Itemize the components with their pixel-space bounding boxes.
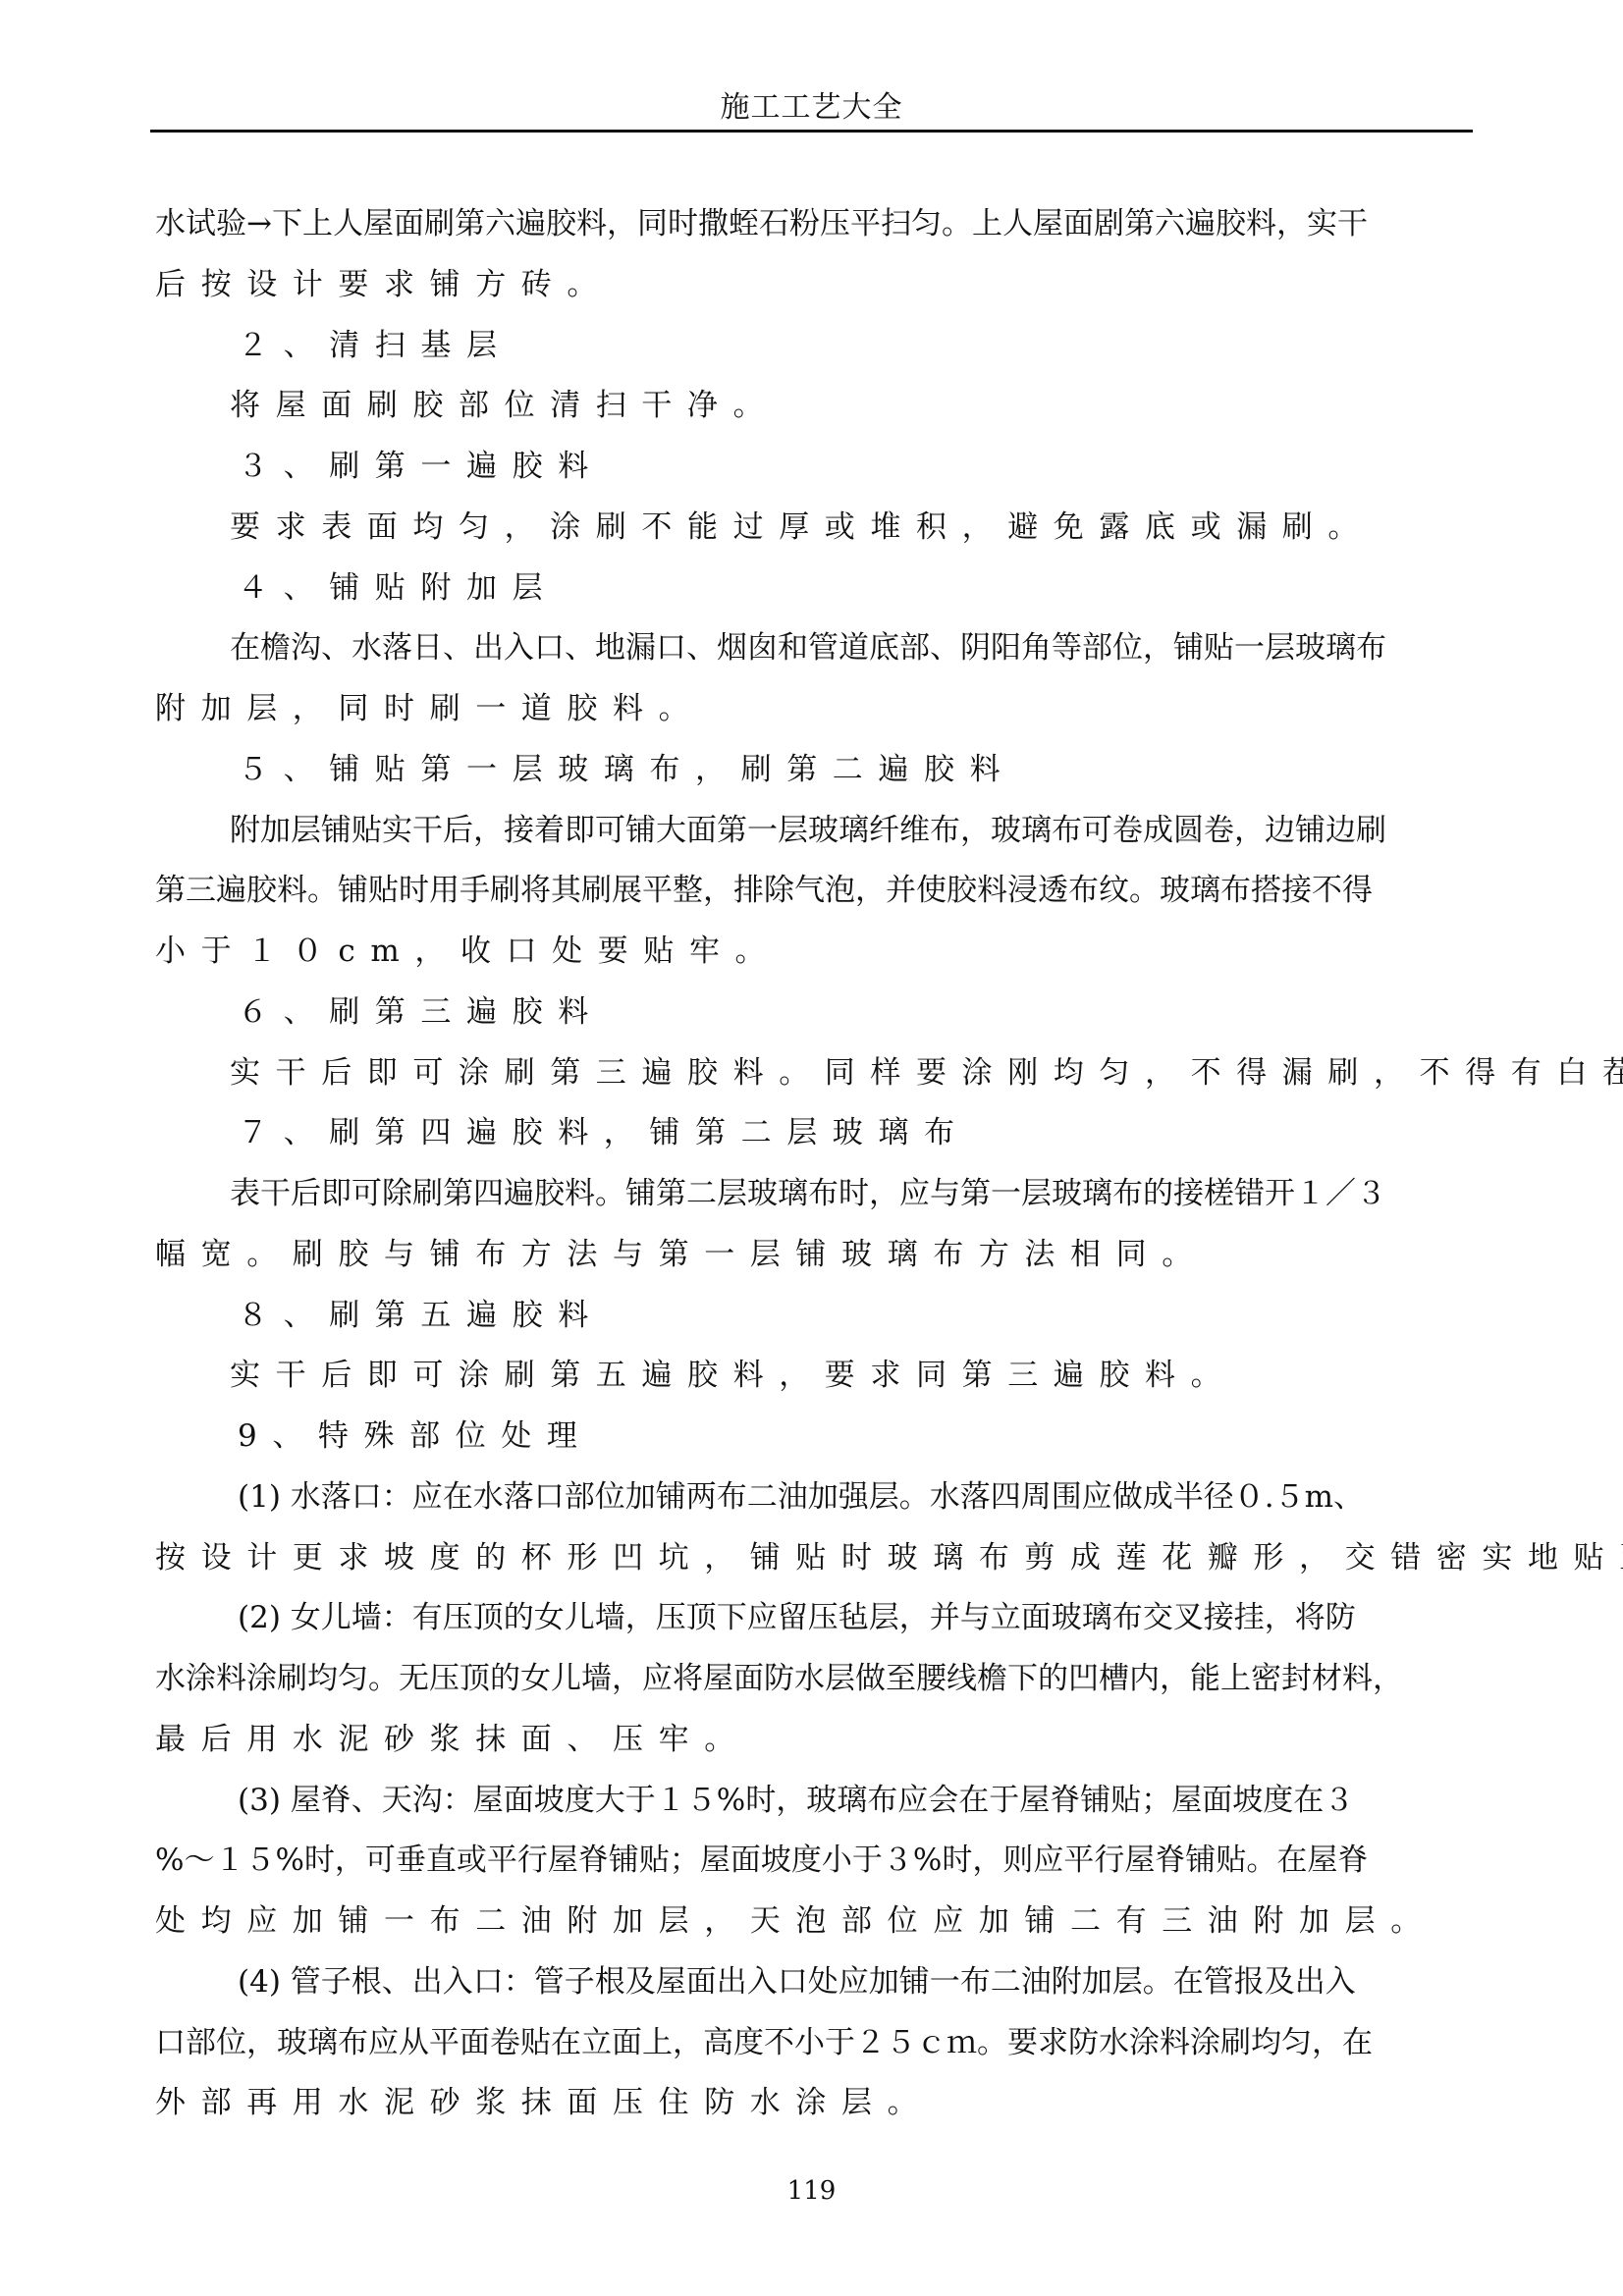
paragraph-line: (4) 管子根、出入口：管子根及屋面出入口处应加铺一布二油附加层。在管报及出入 (155, 1952, 1469, 2013)
section-heading: ２、清扫基层 (155, 316, 1469, 377)
paragraph-line: 后按设计要求铺方砖。 (155, 255, 1469, 316)
running-header: 施工工艺大全 (150, 90, 1473, 126)
page-number: 119 (150, 2175, 1473, 2207)
section-heading: 9、特殊部位处理 (155, 1407, 1469, 1468)
paragraph-line: 表干后即可除刷第四遍胶料。铺第二层玻璃布时，应与第一层玻璃布的接槎错开１／３ (155, 1164, 1469, 1225)
paragraph-line: 附加层，同时刷一道胶料。 (155, 679, 1469, 740)
paragraph-line: 第三遍胶料。铺贴时用手刷将其刷展平整，排除气泡，并使胶料浸透布纹。玻璃布搭接不得 (155, 861, 1469, 922)
paragraph-line: 在檐沟、水落日、出入口、地漏口、烟囱和管道底部、阴阳角等部位，铺贴一层玻璃布 (155, 618, 1469, 679)
section-heading: ３、刷第一遍胶料 (155, 437, 1469, 498)
paragraph-line: 按设计更求坡度的杯形凹坑，铺贴时玻璃布剪成莲花瓣形，交错密实地贴至承插口处。 (155, 1528, 1469, 1589)
paragraph-line: 最后用水泥砂浆抹面、压牢。 (155, 1710, 1469, 1771)
header-rule (150, 130, 1473, 133)
paragraph-line: 幅宽。刷胶与铺布方法与第一层铺玻璃布方法相同。 (155, 1225, 1469, 1286)
paragraph-line: 小于１０cm，收口处要贴牢。 (155, 922, 1469, 983)
paragraph-line: 要求表面均匀，涂刷不能过厚或堆积，避免露底或漏刷。 (155, 498, 1469, 559)
paragraph-line: 水试验→下上人屋面刷第六遍胶料，同时撒蛭石粉压平扫匀。上人屋面剧第六遍胶料，实干 (155, 194, 1469, 255)
section-heading: ７、刷第四遍胶料，铺第二层玻璃布 (155, 1103, 1469, 1164)
paragraph-line: (1) 水落口：应在水落口部位加铺两布二油加强层。水落四周围应做成半径０.５m、 (155, 1468, 1469, 1528)
paragraph-line: 实干后即可涂刷第三遍胶料。同样要涂刚均匀，不得漏刷，不得有白茬、折皱。 (155, 1043, 1469, 1104)
section-heading: ４、铺贴附加层 (155, 559, 1469, 619)
paragraph-line: 水涂料涂刷均匀。无压顶的女儿墙，应将屋面防水层做至腰线檐下的凹槽内，能上密封材料… (155, 1649, 1469, 1710)
paragraph-line: 附加层铺贴实干后，接着即可铺大面第一层玻璃纤维布，玻璃布可卷成圆卷，边铺边刷 (155, 801, 1469, 862)
paragraph-line: 外部再用水泥砂浆抹面压住防水涂层。 (155, 2073, 1469, 2134)
section-heading: ６、刷第三遍胶料 (155, 983, 1469, 1043)
section-heading: ８、刷第五遍胶料 (155, 1286, 1469, 1347)
paragraph-line: 口部位，玻璃布应从平面卷贴在立面上，高度不小于２５ｃｍ。要求防水涂料涂刷均匀，在 (155, 2013, 1469, 2074)
paragraph-line: %～１５%时，可垂直或平行屋脊铺贴；屋面坡度小于３%时，则应平行屋脊铺贴。在屋脊 (155, 1831, 1469, 1892)
paragraph-line: 处均应加铺一布二油附加层，天泡部位应加铺二有三油附加层。 (155, 1892, 1469, 1952)
section-heading: ５、铺贴第一层玻璃布，刷第二遍胶料 (155, 740, 1469, 801)
paragraph-line: (3) 屋脊、天沟：屋面坡度大于１５%时，玻璃布应会在于屋脊铺贴；屋面坡度在３ (155, 1771, 1469, 1832)
paragraph-line: (2) 女儿墙：有压顶的女儿墙，压顶下应留压毡层，并与立面玻璃布交叉接挂，将防 (155, 1588, 1469, 1649)
page-body: 水试验→下上人屋面刷第六遍胶料，同时撒蛭石粉压平扫匀。上人屋面剧第六遍胶料，实干… (155, 194, 1469, 2134)
paragraph-line: 将屋面刷胶部位清扫干净。 (155, 376, 1469, 437)
paragraph-line: 实干后即可涂刷第五遍胶料，要求同第三遍胶料。 (155, 1346, 1469, 1407)
